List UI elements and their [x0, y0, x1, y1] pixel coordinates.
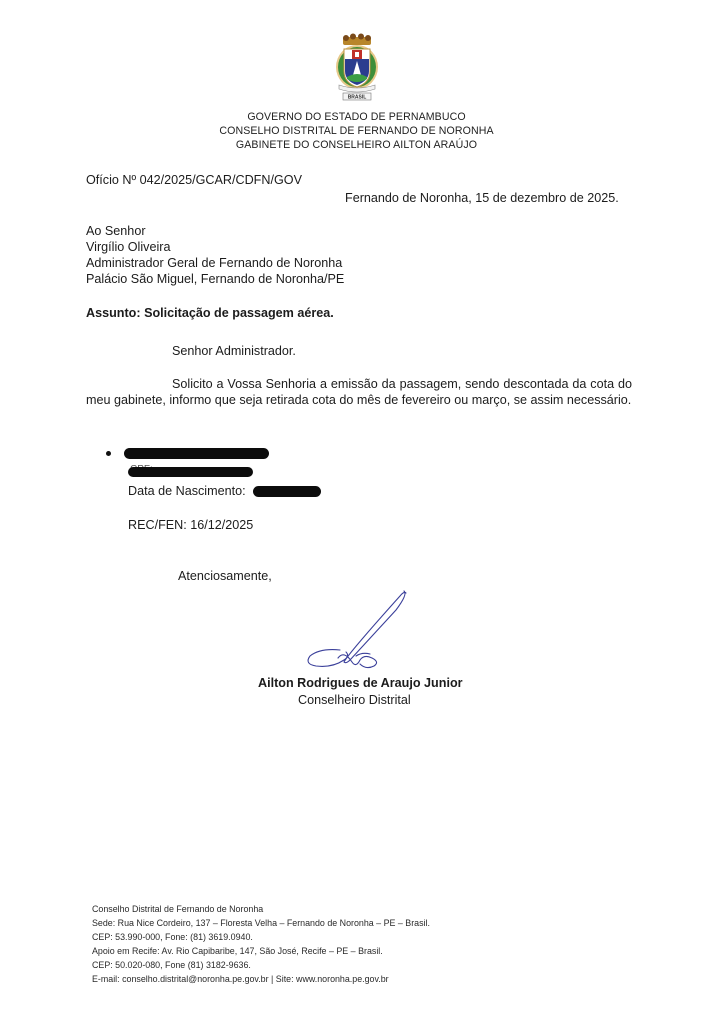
redacted-birth-date: [253, 486, 321, 497]
footer-cep-phone-hq: CEP: 53.990-000, Fone: (81) 3619.0940.: [92, 932, 253, 942]
coat-of-arms-logo-icon: BRASIL: [331, 33, 383, 101]
letterhead-line-council: CONSELHO DISTRITAL DE FERNANDO DE NORONH…: [0, 125, 713, 137]
closing: Atenciosamente,: [178, 569, 272, 583]
footer-organization: Conselho Distrital de Fernando de Noronh…: [92, 904, 263, 914]
recipient-address: Palácio São Miguel, Fernando de Noronha/…: [86, 272, 344, 286]
recipient-line: Ao Senhor: [86, 224, 146, 238]
redacted-cpf: [128, 467, 253, 477]
subject-line: Assunto: Solicitação de passagem aérea.: [86, 306, 334, 320]
footer-contact: E-mail: conselho.distrital@noronha.pe.go…: [92, 974, 389, 984]
signatory-name: Ailton Rodrigues de Araujo Junior: [258, 676, 463, 690]
bullet-icon: [106, 451, 111, 456]
svg-text:BRASIL: BRASIL: [348, 95, 367, 101]
recipient-name: Virgílio Oliveira: [86, 240, 170, 254]
recipient-title: Administrador Geral de Fernando de Noron…: [86, 256, 342, 270]
signatory-title: Conselheiro Distrital: [298, 693, 411, 707]
received-stamp: REC/FEN: 16/12/2025: [128, 518, 253, 532]
place-date: Fernando de Noronha, 15 de dezembro de 2…: [345, 191, 619, 205]
letterhead-line-government: GOVERNO DO ESTADO DE PERNAMBUCO: [0, 111, 713, 123]
body-text: Solicito a Vossa Senhoria a emissão da p…: [86, 377, 632, 407]
letterhead-line-cabinet: GABINETE DO CONSELHEIRO AILTON ARAÚJO: [0, 139, 713, 151]
footer-address-recife: Apoio em Recife: Av. Rio Capibaribe, 147…: [92, 946, 383, 956]
redacted-passenger-name: [124, 448, 269, 459]
birth-date-label: Data de Nascimento:: [128, 484, 246, 498]
handwritten-signature-icon: [300, 588, 420, 673]
document-reference: Ofício Nº 042/2025/GCAR/CDFN/GOV: [86, 173, 302, 187]
body-paragraph: Solicito a Vossa Senhoria a emissão da p…: [86, 376, 632, 408]
footer-cep-phone-recife: CEP: 50.020-080, Fone (81) 3182-9636.: [92, 960, 251, 970]
salutation: Senhor Administrador.: [172, 344, 296, 358]
footer-address-hq: Sede: Rua Nice Cordeiro, 137 – Floresta …: [92, 918, 430, 928]
